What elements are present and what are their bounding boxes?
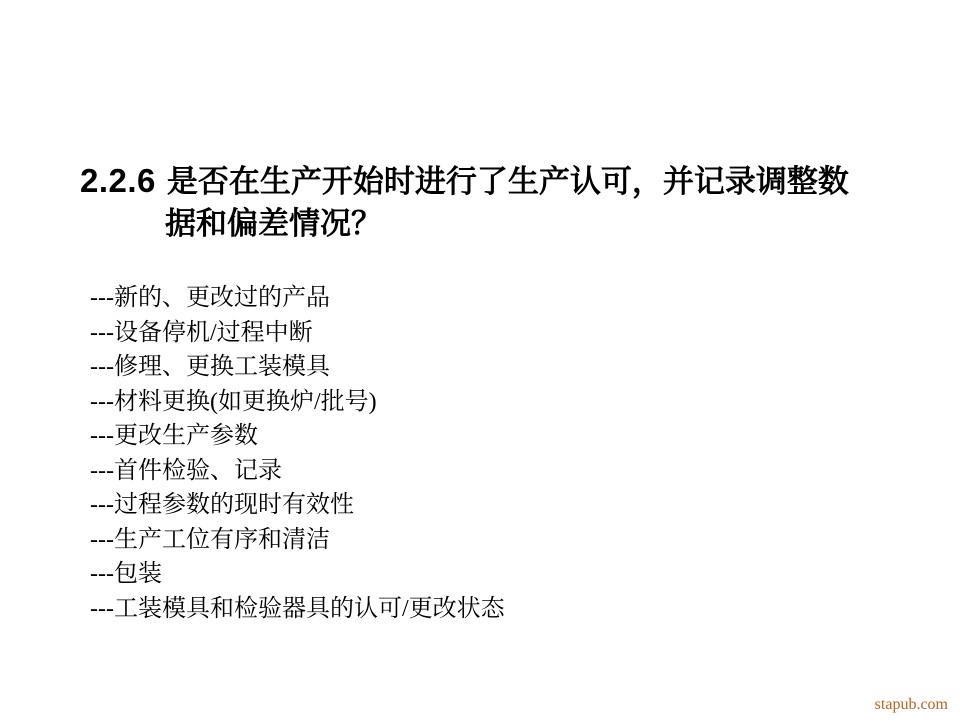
title-number: 2.2.6	[80, 162, 156, 199]
slide-canvas: 2.2.6是否在生产开始时进行了生产认可，并记录调整数 据和偏差情况？ ---新…	[0, 0, 960, 720]
list-item: ---材料更换(如更换炉/批号)	[90, 385, 505, 420]
checklist: ---新的、更改过的产品 ---设备停机/过程中断 ---修理、更换工装模具 -…	[90, 281, 505, 626]
title-text-line2: 据和偏差情况？	[165, 203, 900, 245]
list-item: ---工装模具和检验器具的认可/更改状态	[90, 592, 505, 627]
list-item: ---首件检验、记录	[90, 454, 505, 489]
title-text-line1: 是否在生产开始时进行了生产认可，并记录调整数	[167, 164, 849, 199]
slide-title: 2.2.6是否在生产开始时进行了生产认可，并记录调整数 据和偏差情况？	[80, 160, 900, 245]
list-item: ---新的、更改过的产品	[90, 281, 505, 316]
list-item: ---修理、更换工装模具	[90, 350, 505, 385]
list-item: ---设备停机/过程中断	[90, 316, 505, 351]
list-item: ---更改生产参数	[90, 419, 505, 454]
list-item: ---过程参数的现时有效性	[90, 488, 505, 523]
list-item: ---生产工位有序和清洁	[90, 523, 505, 558]
title-line-1: 2.2.6是否在生产开始时进行了生产认可，并记录调整数	[80, 160, 900, 203]
watermark-text: stapub.com	[875, 697, 948, 713]
list-item: ---包装	[90, 557, 505, 592]
